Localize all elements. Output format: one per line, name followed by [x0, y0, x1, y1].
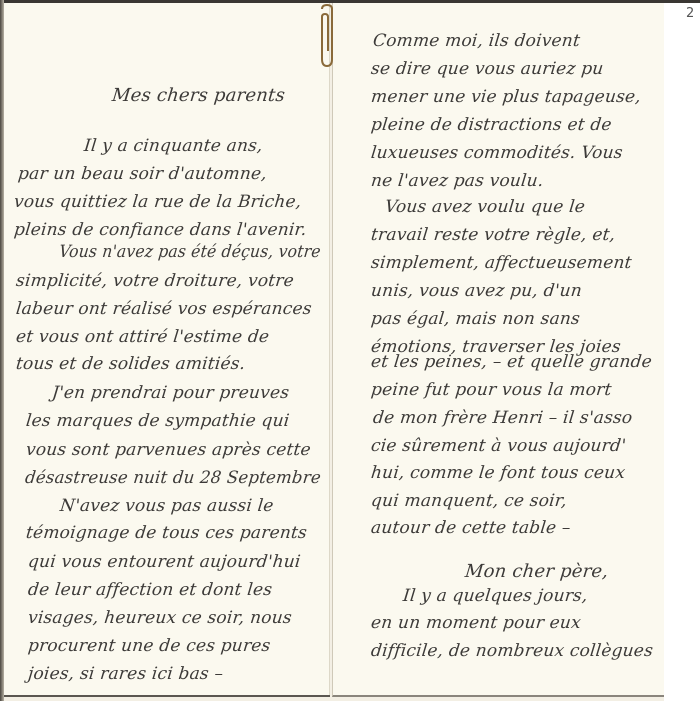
letter-line: simplicité, votre droiture, votre [15, 273, 295, 290]
letter-line: autour de cette table – [370, 520, 571, 537]
letter-line: en un moment pour eux [370, 615, 582, 632]
letter-line: cie sûrement à vous aujourd' [370, 438, 627, 455]
letter-line: unis, vous avez pu, d'un [370, 283, 583, 300]
letter-line: travail reste votre règle, et, [370, 227, 616, 244]
letter-line: se dire que vous auriez pu [370, 61, 604, 78]
letter-line: ne l'avez pas voulu. [370, 173, 544, 190]
letter-line: hui, comme le font tous ceux [370, 465, 626, 482]
letter-line: procurent une de ces pures [27, 638, 271, 655]
letter-line: N'avez vous pas aussi le [59, 498, 274, 515]
left-page: Mes chers parents Il y a cinquante ans, … [4, 3, 330, 697]
letter-line: joies, si rares ici bas – [27, 666, 224, 683]
letter-line: Il y a quelques jours, [402, 588, 588, 605]
letter-line: Comme moi, ils doivent [372, 33, 581, 50]
scanned-letter: Mes chers parents Il y a cinquante ans, … [0, 0, 700, 701]
letter-line: par un beau soir d'automne, [17, 166, 268, 183]
letter-line: peine fut pour vous la mort [370, 382, 612, 399]
paperclip-icon [316, 3, 338, 69]
letter-line: et les peines, – et quelle grande [370, 354, 653, 371]
letter-line: de leur affection et dont les [27, 582, 273, 599]
letter-line: J'en prendrai pour preuves [51, 385, 290, 402]
letter-line: vous sont parvenues après cette [25, 442, 312, 459]
letter-line: pas égal, mais non sans [370, 311, 581, 328]
letter-line: les marques de sympathie qui [25, 413, 290, 430]
letter-line: pleins de confiance dans l'avenir. [13, 222, 307, 239]
letter-line: difficile, de nombreux collègues [370, 643, 654, 660]
letter-line: labeur ont réalisé vos espérances [15, 301, 312, 318]
letter-line: et vous ont attiré l'estime de [15, 329, 270, 346]
letter-line: désastreuse nuit du 28 Septembre [24, 470, 321, 487]
salutation: Mes chers parents [111, 87, 286, 105]
scan-right-margin [664, 3, 700, 701]
letter-line: qui manquent, ce soir, [370, 493, 568, 510]
letter-line: qui vous entourent aujourd'hui [27, 554, 301, 571]
letter-line: vous quittiez la rue de la Briche, [13, 194, 302, 211]
letter-line: tous et de solides amitiés. [15, 356, 246, 373]
letter-line: de mon frère Henri – il s'asso [372, 410, 633, 427]
page-number: 2 [686, 6, 694, 21]
letter-line: mener une vie plus tapageuse, [370, 89, 642, 106]
letter-line: simplement, affectueusement [370, 255, 632, 272]
letter-line: témoignage de tous ces parents [25, 525, 308, 542]
letter-line: Vous n'avez pas été déçus, votre [58, 244, 321, 261]
letter-line: Vous avez voulu que le [384, 199, 586, 216]
right-page: Comme moi, ils doivent se dire que vous … [332, 3, 665, 697]
letter-line: visages, heureux ce soir, nous [27, 610, 293, 627]
letter-line: luxueuses commodités. Vous [370, 145, 623, 162]
second-salutation: Mon cher père, [464, 563, 609, 581]
letter-line: Il y a cinquante ans, [83, 138, 263, 155]
letter-line: pleine de distractions et de [370, 117, 612, 134]
